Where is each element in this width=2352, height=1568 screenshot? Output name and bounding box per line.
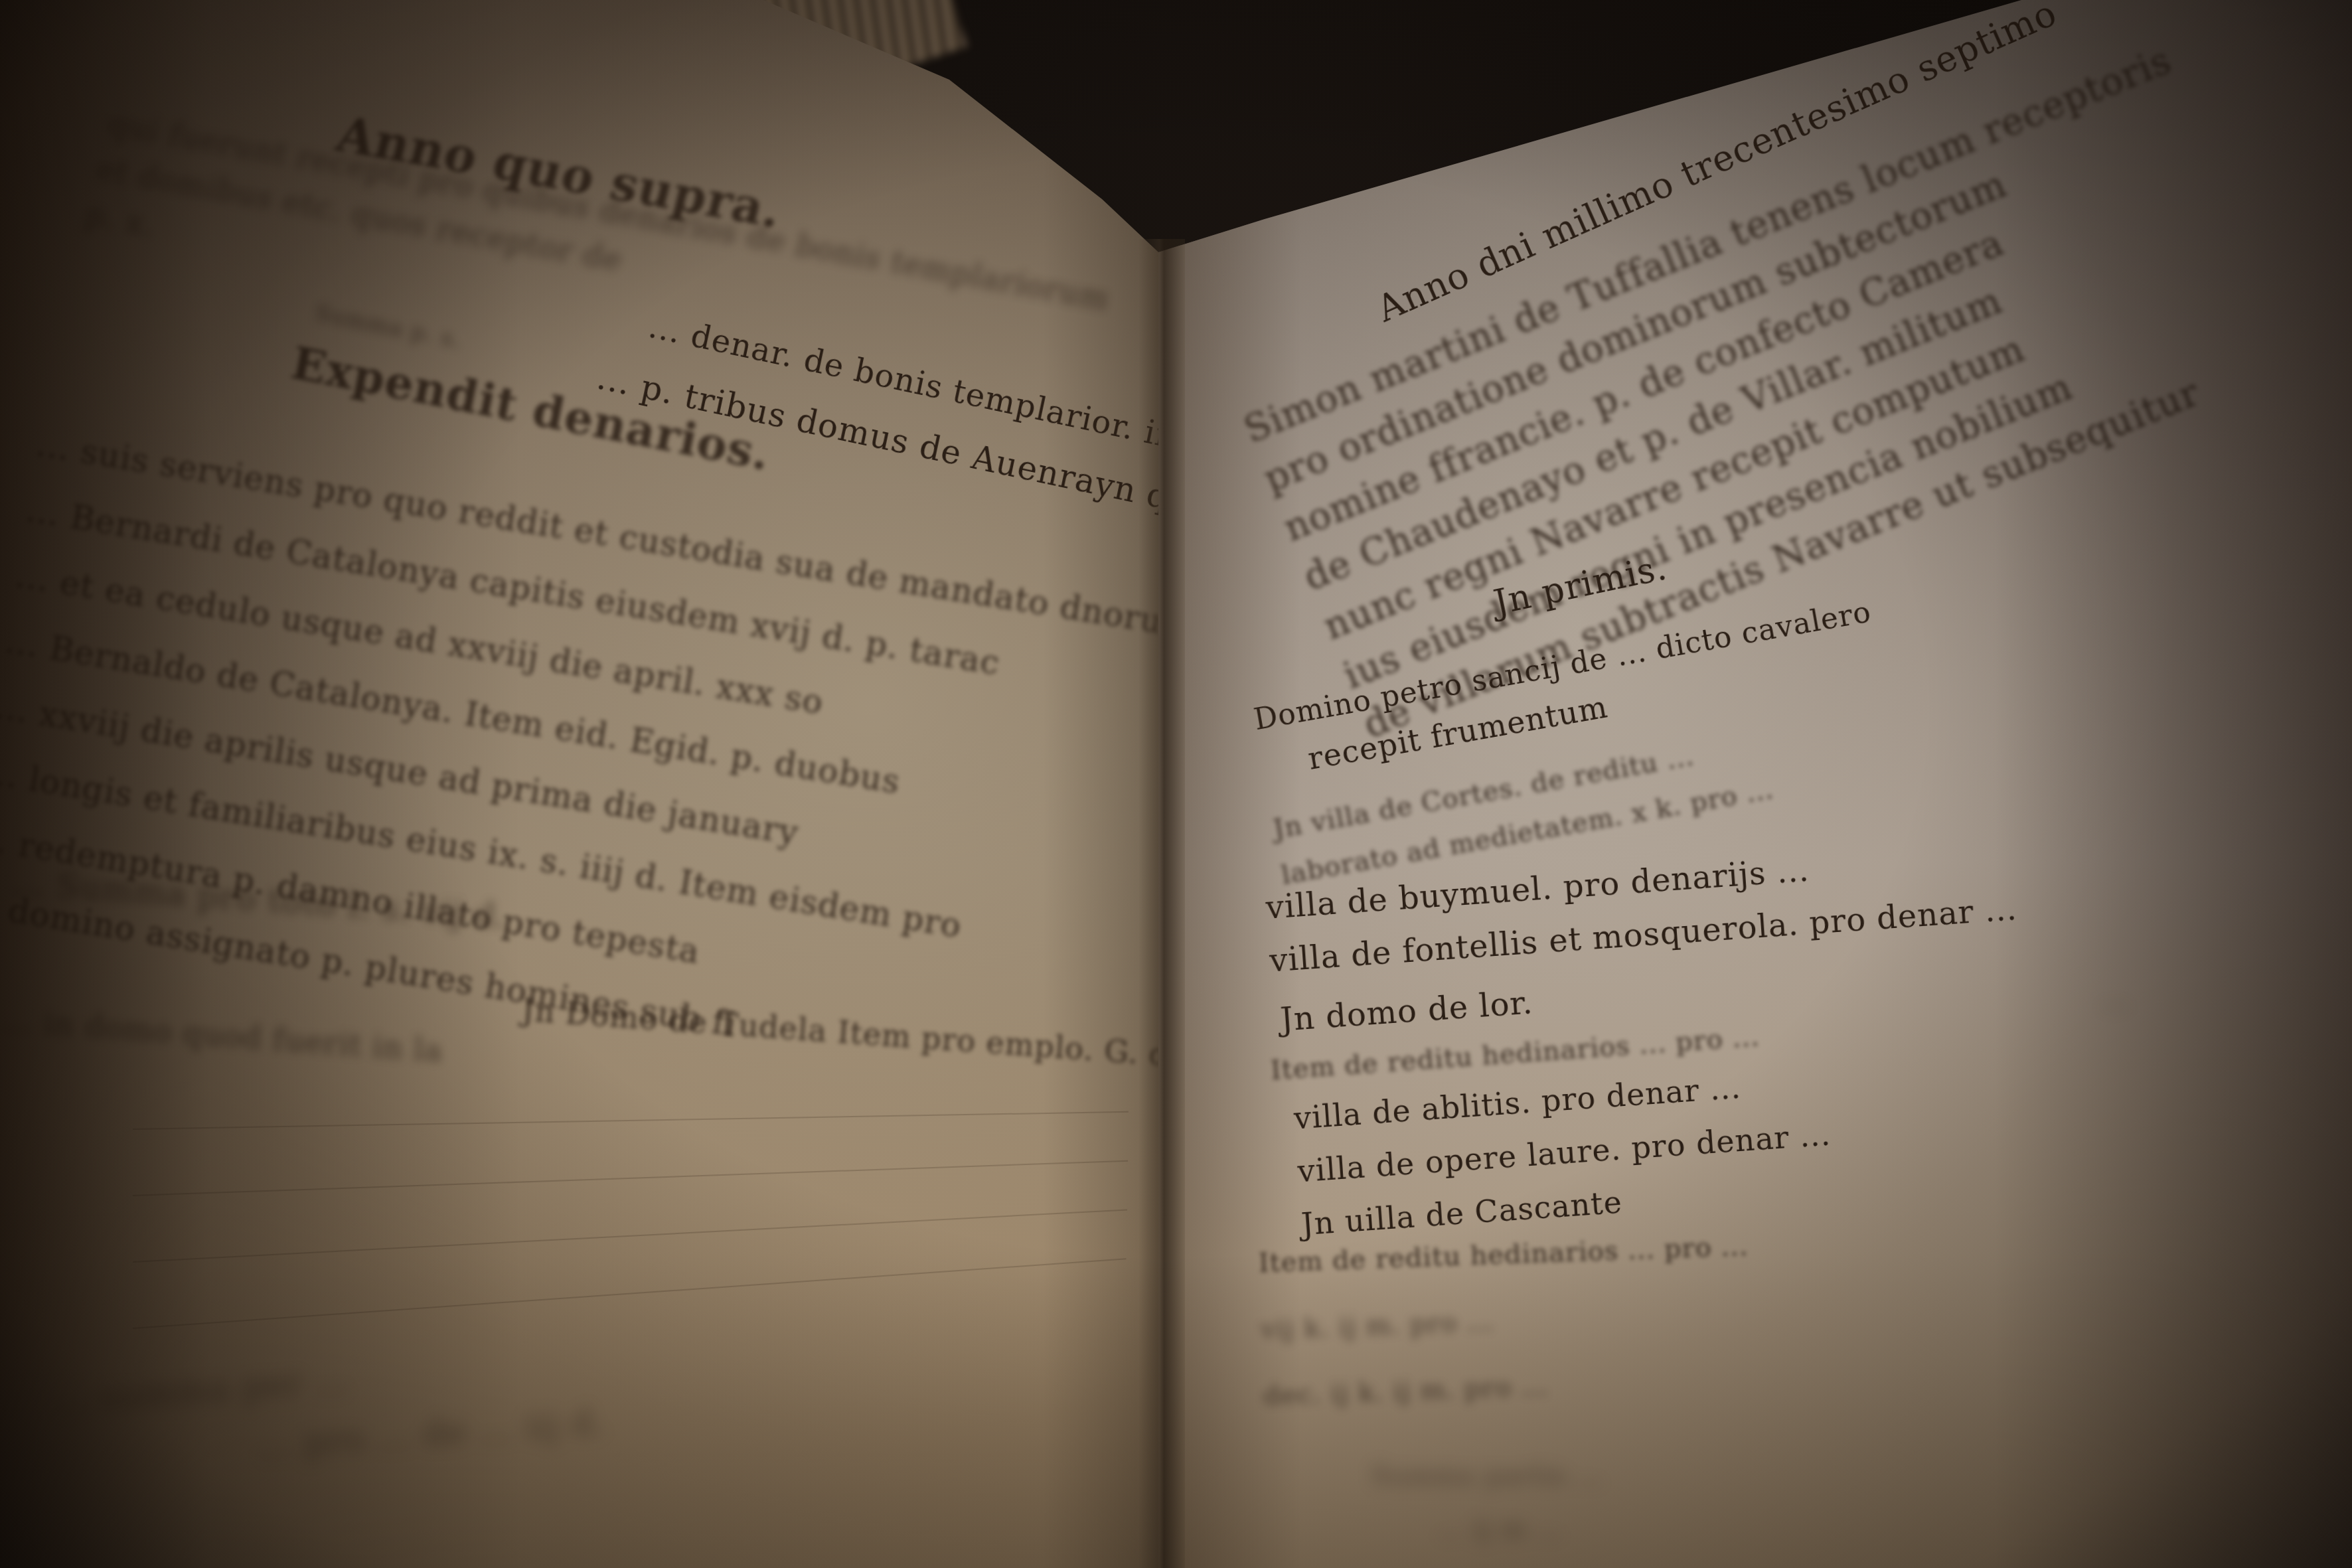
left-lower-line: ... in domo quod fuerit in la	[1, 1002, 444, 1068]
ruled-line	[133, 1258, 1126, 1329]
right-margin-note: ...	[2101, 982, 2130, 1015]
ruled-line	[133, 1111, 1129, 1130]
left-bottom-line: ... summa per ...	[53, 1360, 351, 1421]
left-line-top-3: p. x.	[82, 196, 159, 243]
right-lower-line: dec. ij k. ij m. pro ...	[1263, 1371, 1549, 1411]
right-entry: Jn domo de lor.	[1279, 984, 1534, 1038]
photo-scene: qui fuerunt recepti pro quibus denarios …	[0, 0, 2352, 1568]
right-page: Anno dni millimo trecentesimo septimo Si…	[1158, 0, 2352, 1568]
ruled-line	[133, 1160, 1128, 1196]
right-bottom-line: ... ij m ...	[1437, 1514, 1563, 1544]
ruled-line	[133, 1209, 1127, 1263]
book-gutter	[1138, 239, 1185, 1568]
right-bottom-line: Summa partis ...	[1371, 1460, 1603, 1491]
right-lower-line: vij k. ij m. pro ...	[1260, 1306, 1494, 1345]
left-bottom-line: ... pro ... de ... iij d.	[256, 1402, 607, 1466]
left-page: qui fuerunt recepti pro quibus denarios …	[0, 0, 1158, 1568]
right-entry: Jn uilla de Cascante	[1300, 1184, 1623, 1243]
left-lower-line: Jn Domo de Tudela Item pro emplo. G. de …	[521, 992, 1158, 1089]
